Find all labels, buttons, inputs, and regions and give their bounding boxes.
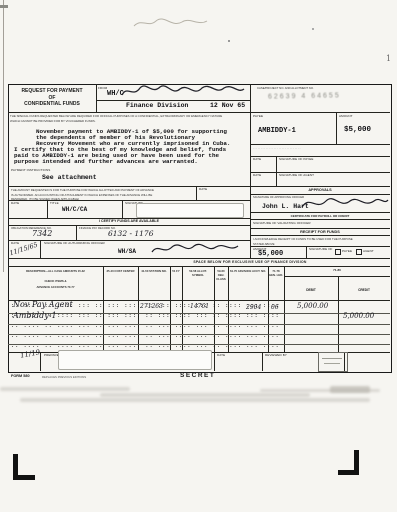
fy-column-header: 51 FY	[171, 269, 181, 273]
ledger-row2-credit-handwritten: 5,000.00	[343, 312, 374, 320]
obligation-value-handwritten: 7342	[32, 229, 52, 238]
amount-label: AMOUNT	[339, 114, 353, 118]
allotment-column-header: 52-58 ALLOT. SYMBOL	[183, 269, 213, 277]
scan-mark	[0, 5, 8, 8]
agent-checkbox	[356, 249, 362, 255]
approving-officer-label: SIGNATURE OF APPROVING OFFICER	[253, 195, 304, 199]
divider	[47, 200, 48, 218]
authorizing-date-label: DATE	[11, 241, 19, 245]
pay-record-value-handwritten: 6132 - 1176	[108, 229, 153, 238]
divider	[214, 352, 215, 371]
cert-title-label: TITLE	[50, 201, 59, 205]
ledger-row1-station-handwritten: 271263	[140, 303, 163, 310]
object-class-column-header: 59-60 OBJ. CLASS	[215, 269, 227, 281]
form-title-line2: OF	[12, 95, 92, 101]
right-fine-print: . . . . . . . . . . . . . . . . . . . . …	[253, 146, 389, 150]
amount-value: $5,000	[344, 126, 371, 134]
description-column-header: DESCRIPTION—ALL CASH AMOUNTS 15-32	[11, 269, 100, 273]
payment-instructions-label: PAYMENT INSTRUCTIONS	[11, 168, 50, 172]
to-value: Finance Division	[126, 102, 188, 109]
form-title-line3: CONFIDENTIAL FUNDS	[12, 101, 92, 107]
certification-note-line2: IS AUTHORIZED. AN ACCOUNTING OR ATTACHME…	[11, 193, 193, 197]
divider	[8, 313, 390, 314]
certification-note-line1: THE AMOUNT REQUESTED IS FOR THE PURPOSE …	[11, 188, 193, 192]
station-column-header: 41-50 STATION NO.	[139, 269, 169, 273]
receipt-text-line2: STATED ABOVE	[253, 242, 275, 246]
scan-smudge	[20, 398, 370, 402]
divider	[196, 186, 197, 200]
credit-column-header: CREDIT	[338, 288, 390, 292]
certification-date-label: DATE	[199, 187, 207, 191]
case-number-stamp: 62639 4 64655	[268, 92, 341, 100]
divider	[250, 212, 390, 213]
case-number-label: CASE/PROJECT NO. AND ALLOTMENT NO.	[257, 86, 314, 90]
agent-checkbox-label: AGENT	[363, 249, 374, 253]
page-edge-line	[3, 0, 4, 272]
validating-officer-label: SIGNATURE OF VALIDATING OFFICER	[253, 221, 311, 225]
corner-mark-left	[13, 475, 35, 480]
bottom-date-label: DATE	[217, 353, 225, 357]
payee-signature-label: SIGNATURE OF PAYEE	[279, 157, 313, 161]
page-number: 1	[386, 54, 391, 63]
payee-label: PAYEE	[253, 114, 263, 118]
divider	[8, 266, 390, 267]
divider	[336, 112, 337, 144]
divider	[8, 344, 390, 345]
payment-instructions-value: See attachment	[42, 174, 97, 181]
divider	[250, 144, 390, 145]
scanned-document-page: 1 REQUEST FOR PAYMENT OF CONFIDENTIAL FU…	[0, 0, 397, 512]
debit-column-header: DEBIT	[284, 288, 338, 292]
cost-center-column-header: 35-40 COST CENTER	[104, 269, 137, 273]
ledger-row1-allotment-handwritten: 14761	[190, 303, 209, 310]
classification-stamp: SECRET	[180, 372, 215, 379]
authorizing-signature-scribble	[150, 240, 240, 258]
receipt-band: RECEIPT FOR FUNDS	[250, 230, 390, 234]
stamp-box	[318, 352, 348, 372]
divider	[250, 235, 390, 236]
date-value: 12 Nov 65	[210, 102, 245, 109]
authorizing-office-value: WH/SA	[118, 248, 136, 255]
divider	[8, 112, 390, 113]
divider	[8, 324, 390, 325]
corner-mark-right	[338, 470, 359, 475]
divider	[284, 276, 390, 277]
advance-account-column-header: 61-70 ADVANCE ACCT. NO.	[229, 269, 267, 273]
divider	[284, 266, 285, 352]
agent-signature-label: SIGNATURE OF AGENT	[279, 173, 314, 177]
divider	[250, 219, 390, 220]
divider	[96, 84, 97, 112]
ledger-row1-account-handwritten: 2904	[246, 304, 261, 311]
agent-row-date-label: DATE	[253, 173, 261, 177]
divider	[76, 225, 77, 240]
body-line: purpose intended and further advances ar…	[14, 158, 198, 165]
ledger-row1-debit-handwritten: 5,000.00	[297, 302, 328, 310]
authorizing-signature-label: SIGNATURE OF AUTHORIZING OFFICER	[44, 241, 105, 245]
divider	[276, 156, 277, 186]
payee-row-date-label: DATE	[253, 157, 261, 161]
form-edition-note: REPLACES PREVIOUS EDITIONS	[42, 375, 86, 379]
scan-speck	[228, 40, 230, 42]
scan-smudge	[330, 386, 370, 393]
cert-title-value: WH/C/CA	[62, 206, 87, 213]
routing-handwriting-scribble	[120, 82, 246, 102]
reviewed-by-label: REVIEWED BY	[265, 353, 287, 357]
divider	[262, 352, 263, 371]
receipt-signature-label: SIGNATURE OF	[309, 247, 332, 251]
divider	[250, 172, 390, 173]
scan-smudge	[0, 387, 130, 391]
from-label: FROM	[98, 86, 107, 90]
payee-checkbox-label: PAYEE	[342, 249, 352, 253]
funds-available-band: I CERTIFY FUNDS ARE AVAILABLE	[8, 219, 250, 223]
payee-value: AMBIDDY-1	[258, 127, 296, 135]
scan-smudge	[100, 393, 310, 397]
divider	[250, 186, 390, 187]
general-ledger-column-header: 71-78 GEN. LED.	[269, 269, 283, 277]
divider	[250, 156, 390, 157]
signature-redaction-box	[136, 203, 244, 218]
divider	[306, 246, 307, 258]
7180-band-header: 71-80	[284, 268, 390, 272]
approving-signature-scribble	[300, 193, 390, 213]
ledger-row1-genledger-handwritten: 06	[271, 304, 279, 311]
notice-line2: WHICH CANNOT BE PROVIDED FOR BY VOUCHERE…	[10, 119, 248, 123]
divider	[40, 240, 41, 258]
pencil-note-scribble	[132, 12, 210, 32]
payroll-certificate-line: CERTIFICATE FOR PAYROLL OR CREDIT	[250, 214, 390, 218]
finance-band-title: SPACE BELOW FOR EXCLUSIVE USE OF FINANCE…	[115, 260, 385, 264]
divider	[8, 186, 250, 187]
description-column-header2: CHECK ITEMS &	[11, 279, 100, 283]
notice-line1: THE SPECIAL FUNDS REQUESTED BELOW ARE RE…	[10, 114, 248, 118]
divider	[8, 334, 390, 335]
divider	[122, 200, 123, 218]
form-number: FORM 580	[11, 374, 30, 378]
prepared-by-redaction-box	[58, 350, 212, 370]
payee-checkbox	[335, 249, 341, 255]
cert-date-label: DATE	[11, 201, 19, 205]
ledger-row2-description-handwritten: Ambiddy-1	[13, 311, 57, 320]
ledger-row1-description-handwritten: Nov Pay Agent	[13, 300, 73, 309]
approvals-band: APPROVALS	[250, 188, 390, 192]
form-title-line1: REQUEST FOR PAYMENT	[12, 88, 92, 94]
description-column-header3: ADVANCE ACCOUNTS 70-77	[11, 285, 100, 289]
receipt-amount-value: $5,000	[258, 250, 283, 258]
scan-speck	[312, 28, 314, 30]
receipt-text-line1: I ACKNOWLEDGE RECEIPT OF FUNDS TO BE USE…	[253, 237, 353, 241]
